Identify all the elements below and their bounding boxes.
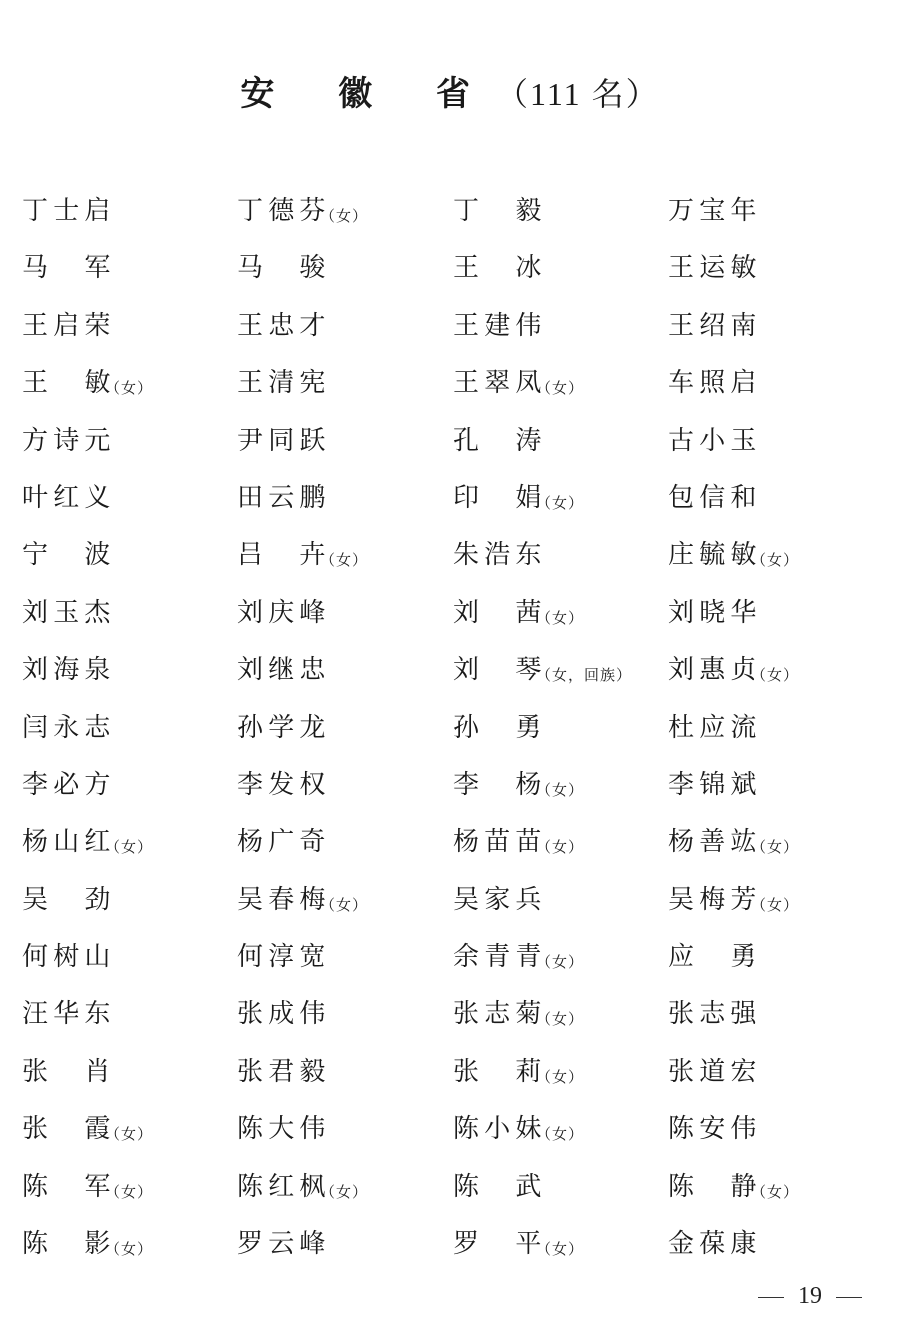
- gender-ethnicity-note: （女）: [536, 838, 584, 856]
- person-name: 李发权: [237, 760, 327, 810]
- list-item: 刘 茜（女）: [453, 588, 584, 638]
- person-name: 杜应流: [668, 703, 758, 753]
- gender-ethnicity-note: （女）: [536, 1068, 584, 1086]
- person-name: 刘 茜: [453, 588, 543, 638]
- person-name: 刘海泉: [22, 645, 112, 695]
- list-item: 孔 涛: [453, 416, 543, 466]
- person-name: 张道宏: [668, 1047, 758, 1097]
- list-item: 何树山: [22, 932, 112, 982]
- list-item: 尹同跃: [237, 416, 327, 466]
- list-item: 庄毓敏（女）: [668, 530, 799, 580]
- person-name: 张 肖: [22, 1047, 112, 1097]
- person-name: 李锦斌: [668, 760, 758, 810]
- list-item: 吴家兵: [453, 875, 543, 925]
- person-name: 杨山红: [22, 817, 112, 867]
- list-item: 丁 毅: [453, 186, 543, 236]
- list-item: 张志强: [668, 989, 758, 1039]
- person-name: 朱浩东: [453, 530, 543, 580]
- person-name: 杨善竑: [668, 817, 758, 867]
- person-name: 应 勇: [668, 932, 758, 982]
- person-name: 王忠才: [237, 301, 327, 351]
- gender-ethnicity-note: （女）: [105, 838, 153, 856]
- person-name: 王翠凤: [453, 358, 543, 408]
- list-item: 王运敏: [668, 243, 758, 293]
- list-item: 马 军: [22, 243, 112, 293]
- list-item: 丁德芬（女）: [237, 186, 368, 236]
- gender-ethnicity-note: （女）: [320, 896, 368, 914]
- list-item: 张 霞（女）: [22, 1104, 153, 1154]
- list-item: 张 莉（女）: [453, 1047, 584, 1097]
- list-item: 吴 劲: [22, 875, 112, 925]
- gender-ethnicity-note: （女）: [751, 666, 799, 684]
- list-item: 余青青（女）: [453, 932, 584, 982]
- list-item: 陈 静（女）: [668, 1162, 799, 1212]
- person-name: 张志强: [668, 989, 758, 1039]
- person-name: 王运敏: [668, 243, 758, 293]
- person-name: 王清宪: [237, 358, 327, 408]
- list-item: 李发权: [237, 760, 327, 810]
- gender-ethnicity-note: （女）: [536, 781, 584, 799]
- person-name: 王建伟: [453, 301, 543, 351]
- list-item: 王建伟: [453, 301, 543, 351]
- person-name: 余青青: [453, 932, 543, 982]
- person-name: 吴春梅: [237, 875, 327, 925]
- person-name: 刘晓华: [668, 588, 758, 638]
- list-item: 王绍南: [668, 301, 758, 351]
- person-name: 刘继忠: [237, 645, 327, 695]
- name-row: 王 敏（女）王清宪王翠凤（女）车照启: [22, 358, 900, 415]
- list-item: 王翠凤（女）: [453, 358, 584, 408]
- gender-ethnicity-note: （女）: [320, 1183, 368, 1201]
- person-name: 刘庆峰: [237, 588, 327, 638]
- gender-ethnicity-note: （女）: [536, 1010, 584, 1028]
- gender-ethnicity-note: （女）: [105, 379, 153, 397]
- list-item: 罗 平（女）: [453, 1219, 584, 1269]
- list-item: 方诗元: [22, 416, 112, 466]
- person-name: 吴家兵: [453, 875, 543, 925]
- list-item: 张道宏: [668, 1047, 758, 1097]
- list-item: 陈 影（女）: [22, 1219, 153, 1269]
- list-item: 张 肖: [22, 1047, 112, 1097]
- person-name: 陈大伟: [237, 1104, 327, 1154]
- person-name: 陈小妹: [453, 1104, 543, 1154]
- name-list: 丁士启丁德芬（女）丁 毅万宝年马 军马 骏王 冰王运敏王启荣王忠才王建伟王绍南王…: [22, 186, 900, 1276]
- person-name: 古小玉: [668, 416, 758, 466]
- list-item: 李锦斌: [668, 760, 758, 810]
- gender-ethnicity-note: （女）: [536, 379, 584, 397]
- list-item: 陈大伟: [237, 1104, 327, 1154]
- list-item: 孙学龙: [237, 703, 327, 753]
- person-name: 陈红枫: [237, 1162, 327, 1212]
- name-row: 汪华东张成伟张志菊（女）张志强: [22, 989, 900, 1046]
- person-name: 田云鹏: [237, 473, 327, 523]
- gender-ethnicity-note: （女）: [105, 1125, 153, 1143]
- person-name: 吴 劲: [22, 875, 112, 925]
- gender-ethnicity-note: （女）: [751, 1183, 799, 1201]
- gender-ethnicity-note: （女）: [105, 1240, 153, 1258]
- gender-ethnicity-note: （女）: [105, 1183, 153, 1201]
- list-item: 陈小妹（女）: [453, 1104, 584, 1154]
- list-item: 陈 军（女）: [22, 1162, 153, 1212]
- name-row: 王启荣王忠才王建伟王绍南: [22, 301, 900, 358]
- name-row: 宁 波吕 卉（女）朱浩东庄毓敏（女）: [22, 530, 900, 587]
- person-name: 车照启: [668, 358, 758, 408]
- gender-ethnicity-note: （女）: [320, 207, 368, 225]
- person-name: 王 冰: [453, 243, 543, 293]
- name-row: 马 军马 骏王 冰王运敏: [22, 243, 900, 300]
- person-name: 王启荣: [22, 301, 112, 351]
- person-name: 陈 静: [668, 1162, 758, 1212]
- name-row: 叶红义田云鹏印 娟（女）包信和: [22, 473, 900, 530]
- person-name: 张 莉: [453, 1047, 543, 1097]
- person-name: 尹同跃: [237, 416, 327, 466]
- name-row: 杨山红（女）杨广奇杨苗苗（女）杨善竑（女）: [22, 817, 900, 874]
- list-item: 何淳宽: [237, 932, 327, 982]
- gender-ethnicity-note: （女）: [751, 551, 799, 569]
- person-name: 何树山: [22, 932, 112, 982]
- name-row: 张 肖张君毅张 莉（女）张道宏: [22, 1047, 900, 1104]
- person-name: 万宝年: [668, 186, 758, 236]
- gender-ethnicity-note: （女，回族）: [536, 666, 632, 684]
- list-item: 张君毅: [237, 1047, 327, 1097]
- name-row: 陈 军（女）陈红枫（女）陈 武陈 静（女）: [22, 1162, 900, 1219]
- person-name: 丁德芬: [237, 186, 327, 236]
- gender-ethnicity-note: （女）: [751, 838, 799, 856]
- person-name: 马 军: [22, 243, 112, 293]
- page-number-value: 19: [798, 1283, 822, 1309]
- list-item: 朱浩东: [453, 530, 543, 580]
- list-item: 刘庆峰: [237, 588, 327, 638]
- list-item: 汪华东: [22, 989, 112, 1039]
- person-name: 陈 影: [22, 1219, 112, 1269]
- list-item: 刘玉杰: [22, 588, 112, 638]
- list-item: 王清宪: [237, 358, 327, 408]
- gender-ethnicity-note: （女）: [320, 551, 368, 569]
- name-row: 吴 劲吴春梅（女）吴家兵吴梅芳（女）: [22, 875, 900, 932]
- person-name: 汪华东: [22, 989, 112, 1039]
- person-name: 陈 武: [453, 1162, 543, 1212]
- name-row: 张 霞（女）陈大伟陈小妹（女）陈安伟: [22, 1104, 900, 1161]
- dash-right: [836, 1297, 862, 1299]
- person-name: 闫永志: [22, 703, 112, 753]
- person-name: 罗云峰: [237, 1219, 327, 1269]
- person-name: 庄毓敏: [668, 530, 758, 580]
- list-item: 杨善竑（女）: [668, 817, 799, 867]
- person-name: 孙学龙: [237, 703, 327, 753]
- list-item: 万宝年: [668, 186, 758, 236]
- person-name: 张君毅: [237, 1047, 327, 1097]
- list-item: 吴梅芳（女）: [668, 875, 799, 925]
- list-item: 杨广奇: [237, 817, 327, 867]
- list-item: 叶红义: [22, 473, 112, 523]
- name-row: 李必方李发权李 杨（女）李锦斌: [22, 760, 900, 817]
- list-item: 杨山红（女）: [22, 817, 153, 867]
- person-name: 张志菊: [453, 989, 543, 1039]
- person-name: 李必方: [22, 760, 112, 810]
- name-row: 刘玉杰刘庆峰刘 茜（女）刘晓华: [22, 588, 900, 645]
- person-name: 陈安伟: [668, 1104, 758, 1154]
- person-name: 孔 涛: [453, 416, 543, 466]
- person-name: 马 骏: [237, 243, 327, 293]
- person-name: 张成伟: [237, 989, 327, 1039]
- person-name: 王 敏: [22, 358, 112, 408]
- list-item: 金葆康: [668, 1219, 758, 1269]
- list-item: 李必方: [22, 760, 112, 810]
- gender-ethnicity-note: （女）: [536, 1240, 584, 1258]
- gender-ethnicity-note: （女）: [536, 953, 584, 971]
- list-item: 包信和: [668, 473, 758, 523]
- dash-left: [758, 1297, 784, 1299]
- list-item: 王 冰: [453, 243, 543, 293]
- person-name: 金葆康: [668, 1219, 758, 1269]
- list-item: 刘晓华: [668, 588, 758, 638]
- person-name: 刘玉杰: [22, 588, 112, 638]
- person-name: 孙 勇: [453, 703, 543, 753]
- person-name: 印 娟: [453, 473, 543, 523]
- person-name: 李 杨: [453, 760, 543, 810]
- list-item: 王忠才: [237, 301, 327, 351]
- person-name: 吕 卉: [237, 530, 327, 580]
- list-item: 陈 武: [453, 1162, 543, 1212]
- list-item: 杨苗苗（女）: [453, 817, 584, 867]
- name-row: 刘海泉刘继忠刘 琴（女，回族）刘惠贞（女）: [22, 645, 900, 702]
- person-name: 何淳宽: [237, 932, 327, 982]
- name-row: 丁士启丁德芬（女）丁 毅万宝年: [22, 186, 900, 243]
- name-row: 方诗元尹同跃孔 涛古小玉: [22, 416, 900, 473]
- list-item: 刘继忠: [237, 645, 327, 695]
- list-item: 孙 勇: [453, 703, 543, 753]
- person-name: 叶红义: [22, 473, 112, 523]
- list-item: 王 敏（女）: [22, 358, 153, 408]
- person-name: 陈 军: [22, 1162, 112, 1212]
- person-name: 包信和: [668, 473, 758, 523]
- list-item: 古小玉: [668, 416, 758, 466]
- person-name: 杨广奇: [237, 817, 327, 867]
- list-item: 车照启: [668, 358, 758, 408]
- province-name: 安 徽 省: [240, 74, 496, 114]
- person-name: 王绍南: [668, 301, 758, 351]
- list-item: 闫永志: [22, 703, 112, 753]
- list-item: 吴春梅（女）: [237, 875, 368, 925]
- person-name: 刘 琴: [453, 645, 543, 695]
- list-item: 陈安伟: [668, 1104, 758, 1154]
- gender-ethnicity-note: （女）: [536, 1125, 584, 1143]
- name-row: 何树山何淳宽余青青（女）应 勇: [22, 932, 900, 989]
- gender-ethnicity-note: （女）: [536, 609, 584, 627]
- list-item: 应 勇: [668, 932, 758, 982]
- person-name: 宁 波: [22, 530, 112, 580]
- list-item: 刘惠贞（女）: [668, 645, 799, 695]
- name-row: 闫永志孙学龙孙 勇杜应流: [22, 703, 900, 760]
- delegate-count: （111 名）: [496, 76, 660, 112]
- list-item: 杜应流: [668, 703, 758, 753]
- list-item: 陈红枫（女）: [237, 1162, 368, 1212]
- gender-ethnicity-note: （女）: [751, 896, 799, 914]
- person-name: 丁 毅: [453, 186, 543, 236]
- list-item: 刘 琴（女，回族）: [453, 645, 632, 695]
- page-number: 19: [744, 1283, 876, 1310]
- list-item: 印 娟（女）: [453, 473, 584, 523]
- list-item: 李 杨（女）: [453, 760, 584, 810]
- list-item: 张志菊（女）: [453, 989, 584, 1039]
- person-name: 杨苗苗: [453, 817, 543, 867]
- person-name: 方诗元: [22, 416, 112, 466]
- name-row: 陈 影（女）罗云峰罗 平（女）金葆康: [22, 1219, 900, 1276]
- person-name: 罗 平: [453, 1219, 543, 1269]
- list-item: 王启荣: [22, 301, 112, 351]
- person-name: 张 霞: [22, 1104, 112, 1154]
- list-item: 刘海泉: [22, 645, 112, 695]
- person-name: 吴梅芳: [668, 875, 758, 925]
- gender-ethnicity-note: （女）: [536, 494, 584, 512]
- person-name: 刘惠贞: [668, 645, 758, 695]
- person-name: 丁士启: [22, 186, 112, 236]
- list-item: 宁 波: [22, 530, 112, 580]
- list-item: 吕 卉（女）: [237, 530, 368, 580]
- list-item: 张成伟: [237, 989, 327, 1039]
- list-item: 丁士启: [22, 186, 112, 236]
- list-item: 田云鹏: [237, 473, 327, 523]
- page-title: 安 徽 省（111 名）: [0, 70, 900, 118]
- list-item: 罗云峰: [237, 1219, 327, 1269]
- list-item: 马 骏: [237, 243, 327, 293]
